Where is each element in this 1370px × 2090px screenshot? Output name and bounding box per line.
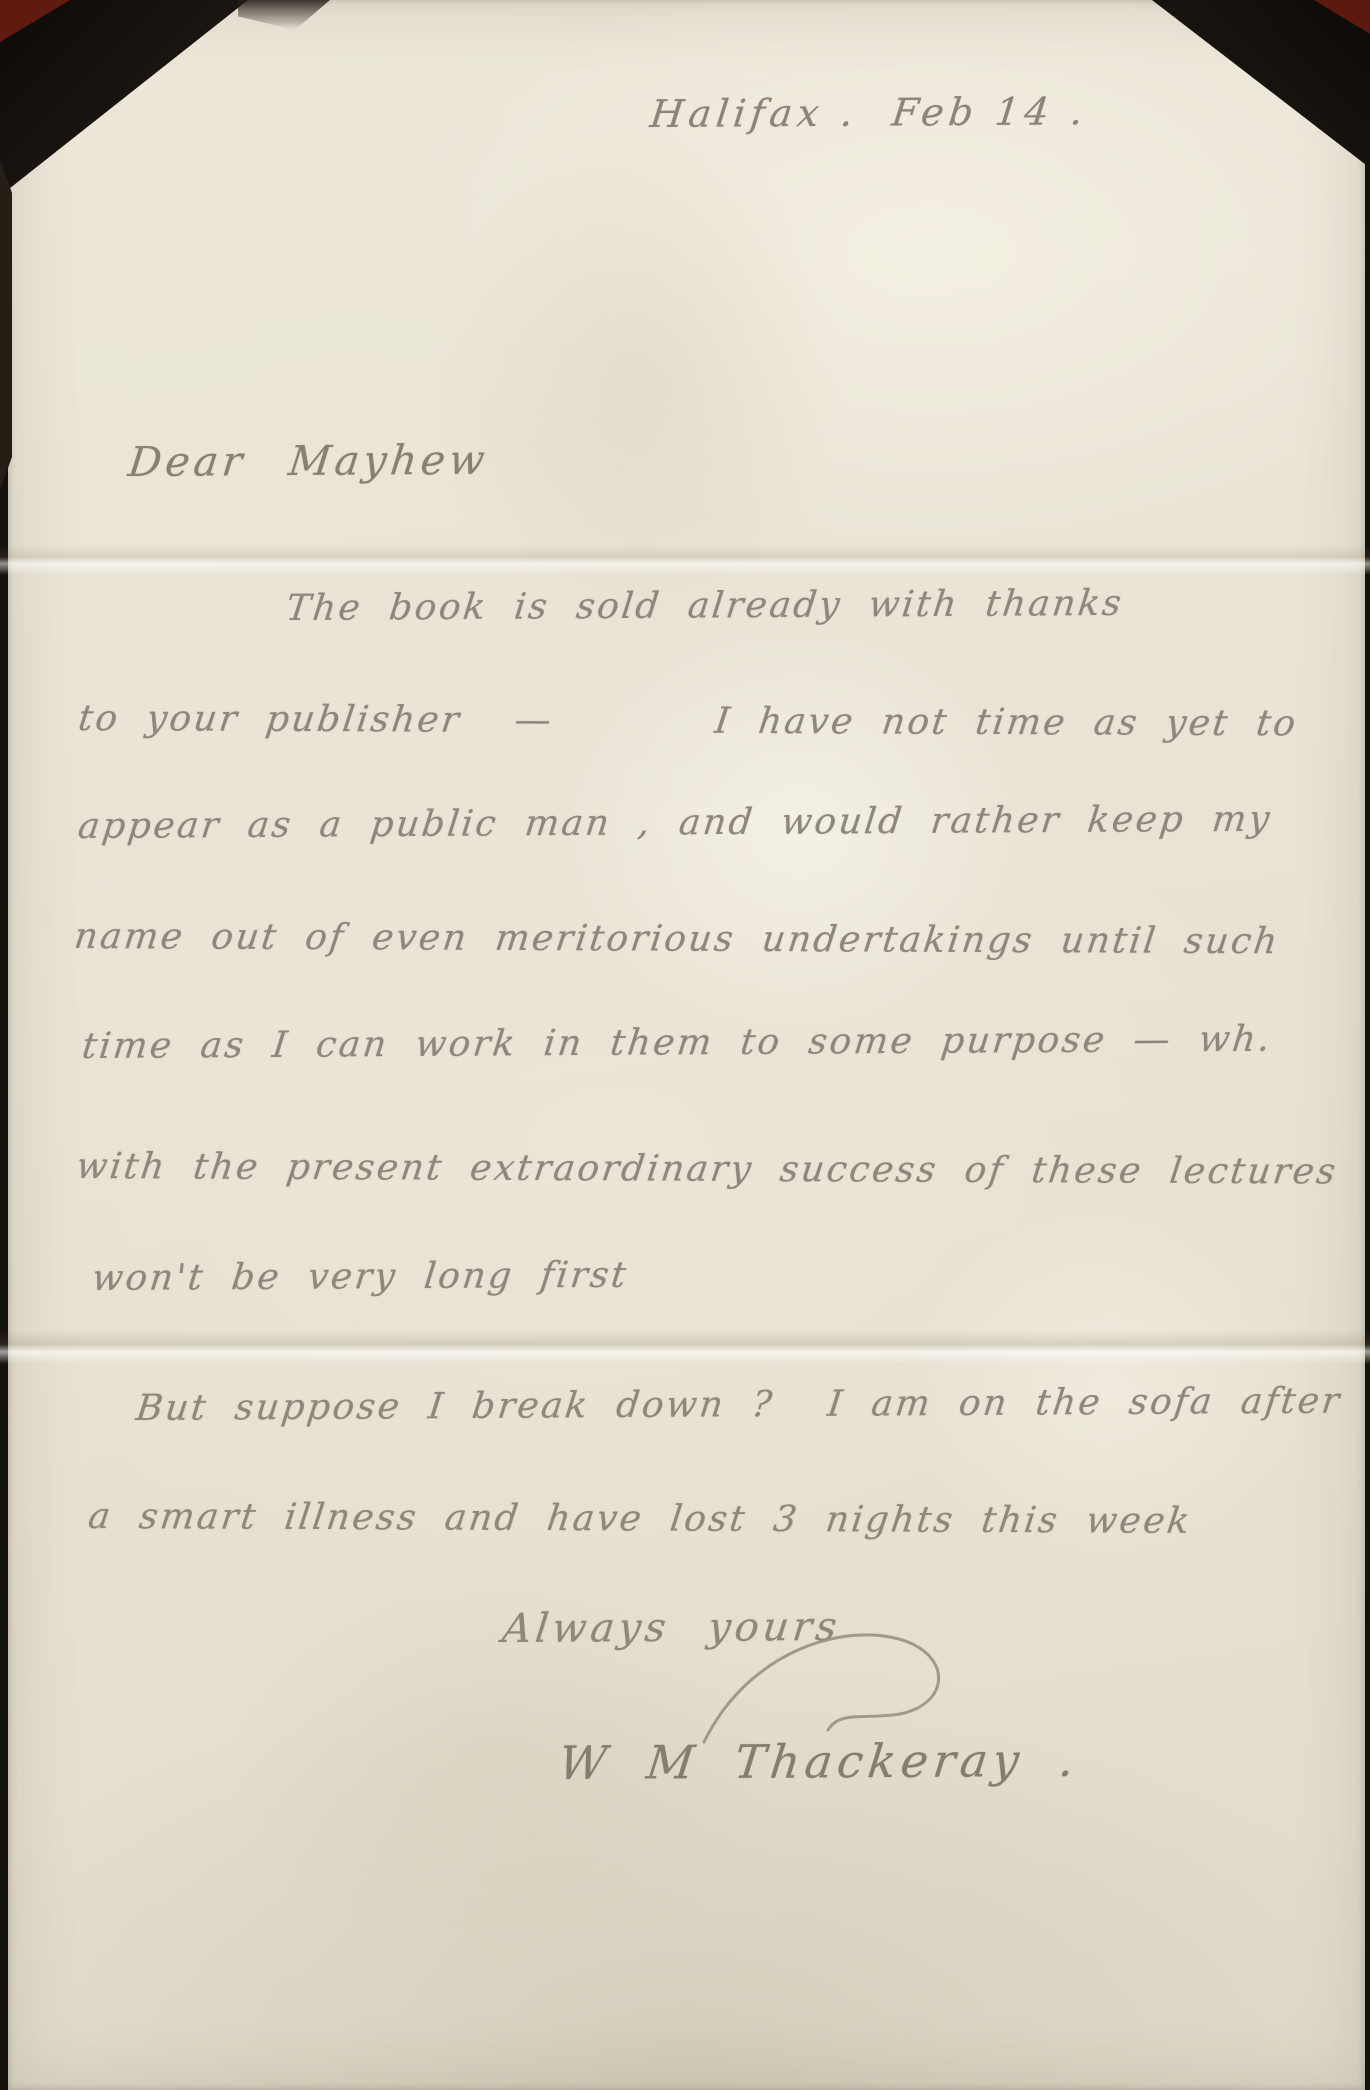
letter-line: to your publisher — I have not time as y… — [76, 698, 1300, 744]
letter-line: won't be very long first — [90, 1255, 631, 1299]
letter-line: The book is sold already with thanks — [284, 583, 1126, 629]
letter-salutation: Dear Mayhew — [126, 436, 491, 486]
letter-line: time as I can work in them to some purpo… — [80, 1019, 1274, 1067]
letter-photo: Halifax . Feb 14 . Dear Mayhew The book … — [0, 0, 1370, 2090]
letter-signature: W M Thackeray . — [556, 1733, 1082, 1790]
letter-line: name out of even meritorious undertaking… — [72, 916, 1282, 962]
letter-line: a smart illness and have lost 3 nights t… — [86, 1496, 1194, 1542]
letter-line: with the present extraordinary success o… — [74, 1146, 1340, 1192]
letter-line: But suppose I break down ? I am on the s… — [134, 1381, 1344, 1429]
letter-line: appear as a public man , and would rathe… — [76, 799, 1274, 847]
letter-closing: Always yours — [500, 1604, 843, 1652]
letter-dateline: Halifax . Feb 14 . — [648, 89, 1090, 136]
